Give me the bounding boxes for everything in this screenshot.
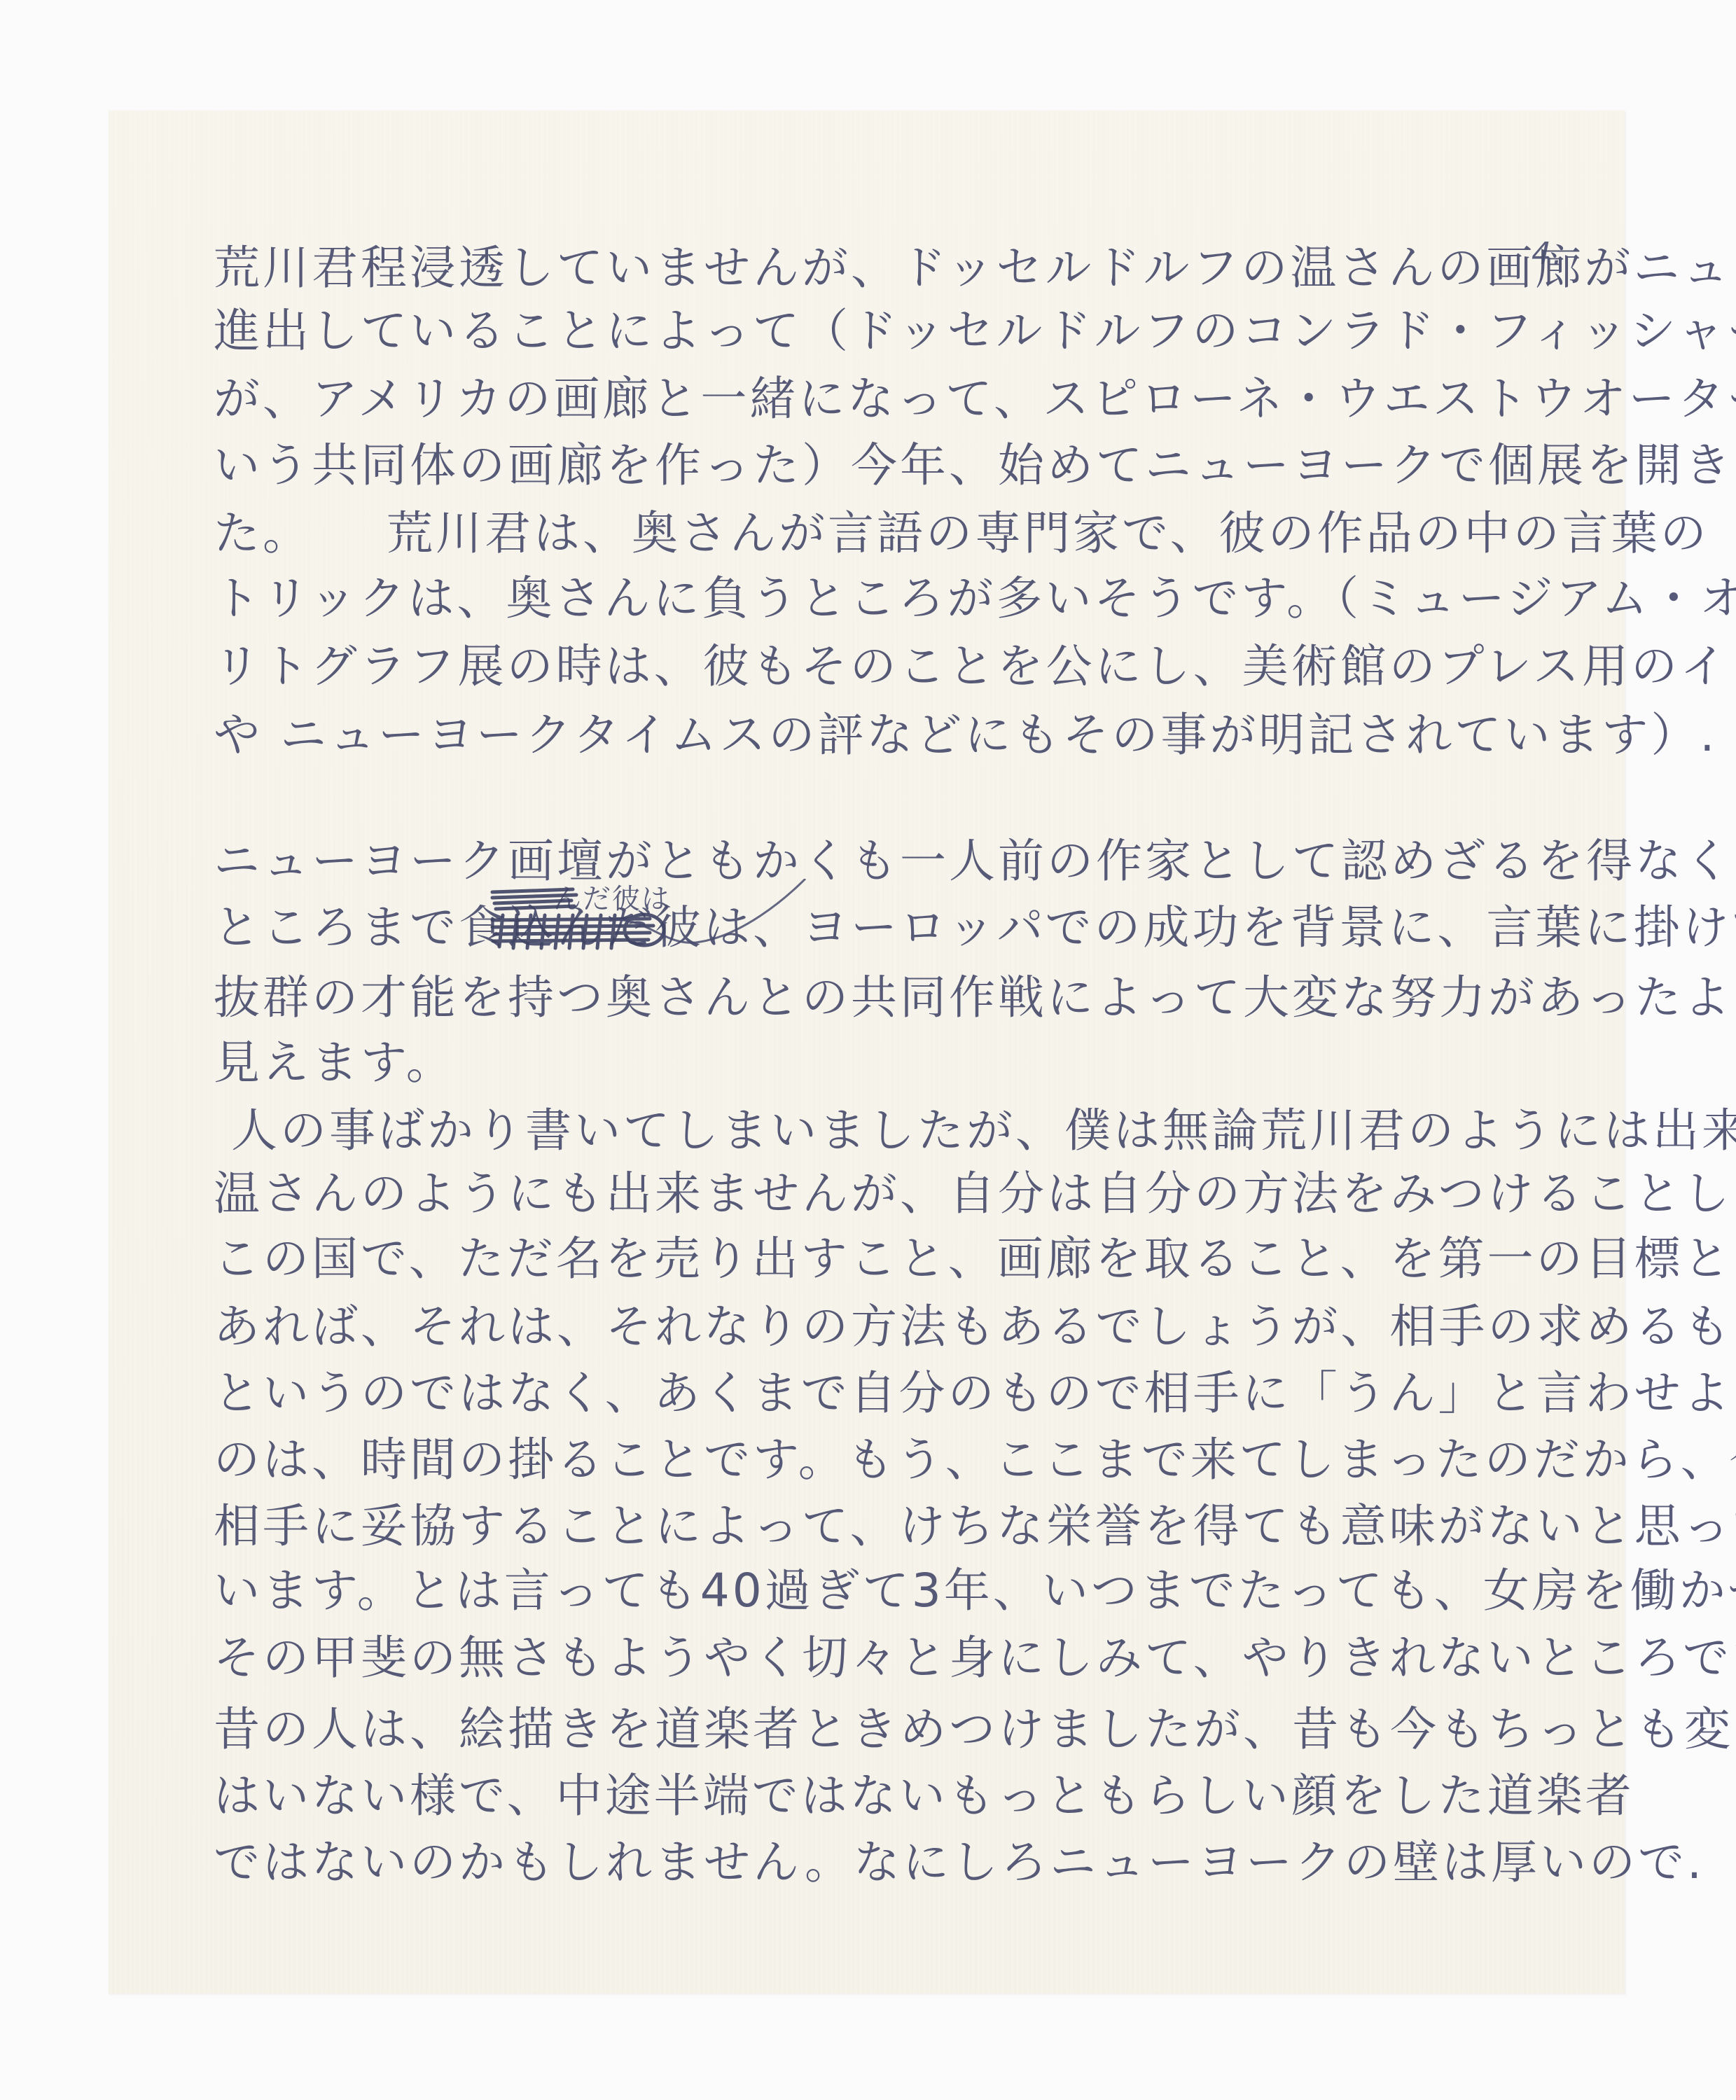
letter-line-17: というのではなく、あくまで自分のもので相手に「うん」と言わせようとする: [214, 1365, 1736, 1421]
letter-line-20: います。とは言っても40過ぎて3年、いつまでたっても、女房を働かせて: [214, 1563, 1736, 1619]
letter-line-13: 人の事ばかり書いてしまいましたが、僕は無論荒川君のようには出来ないし、: [231, 1103, 1736, 1159]
letter-line-22: 昔の人は、絵描きを道楽者ときめつけましたが、昔も今もちっとも変って: [214, 1702, 1736, 1758]
letter-line-2: 進出していることによって（ドッセルドルフのコンラド・フィッシャーと、トリノのスピ…: [214, 303, 1736, 359]
letter-line-14: 温さんのようにも出来ませんが、自分は自分の方法をみつけることしかありません。: [214, 1166, 1736, 1222]
letter-line-16: あれば、それは、それなりの方法もあるでしょうが、相手の求めるものを作る: [214, 1299, 1736, 1355]
letter-line-4: いう共同体の画廊を作った）今年、始めてニューヨークで個展を開きまし: [214, 438, 1736, 494]
letter-line-19: 相手に妥協することによって、けちな栄誉を得ても意味がないと思って: [214, 1498, 1736, 1555]
letter-line-7: リトグラフ展の時は、彼もそのことを公にし、美術館のプレス用のインフォメーション: [214, 639, 1736, 695]
letter-line-18: のは、時間の掛ることです。もう、ここまで来てしまったのだから、今更: [214, 1432, 1736, 1488]
letter-line-12: 見えます。: [214, 1035, 455, 1091]
letter-line-23: はいない様で、中途半端ではないもっともらしい顔をした道楽者: [214, 1768, 1634, 1824]
letter-line-24: ではないのかもしれません。なにしろニューヨークの壁は厚いので.: [214, 1835, 1704, 1891]
letter-line-11: 抜群の才能を持つ奥さんとの共同作戦によって大変な努力があったように: [214, 970, 1736, 1026]
letter-line-8: や ニューヨークタイムスの評などにもその事が明記されています）.: [214, 707, 1717, 763]
letter-line-10: ところまで食込んだ彼は、ヨーロッパでの成功を背景に、言葉に掛けては: [214, 900, 1736, 956]
insertion-guide-line: [602, 879, 896, 998]
letter-line-5: た。 荒川君は、奥さんが言語の専門家で、彼の作品の中の言葉の: [214, 506, 1709, 562]
letter-line-9: ニューヨーク画壇がともかくも一人前の作家として認めざるを得なくなる: [214, 833, 1736, 889]
letter-line-21: その甲斐の無さもようやく切々と身にしみて、やりきれないところです。: [214, 1630, 1736, 1686]
letter-line-6: トリックは、奥さんに負うところが多いそうです。（ミュージアム・オブ・モダンアート…: [214, 571, 1736, 627]
letter-line-3: が、アメリカの画廊と一緒になって、スピローネ・ウエストウオーター・フィッシャーと: [214, 371, 1736, 427]
letter-line-15: この国で、ただ名を売り出すこと、画廊を取ること、を第一の目標とするので: [214, 1231, 1736, 1287]
letter-line-1: 荒川君程浸透していませんが、ドッセルドルフの温さんの画廊がニューヨークへ: [214, 240, 1736, 296]
